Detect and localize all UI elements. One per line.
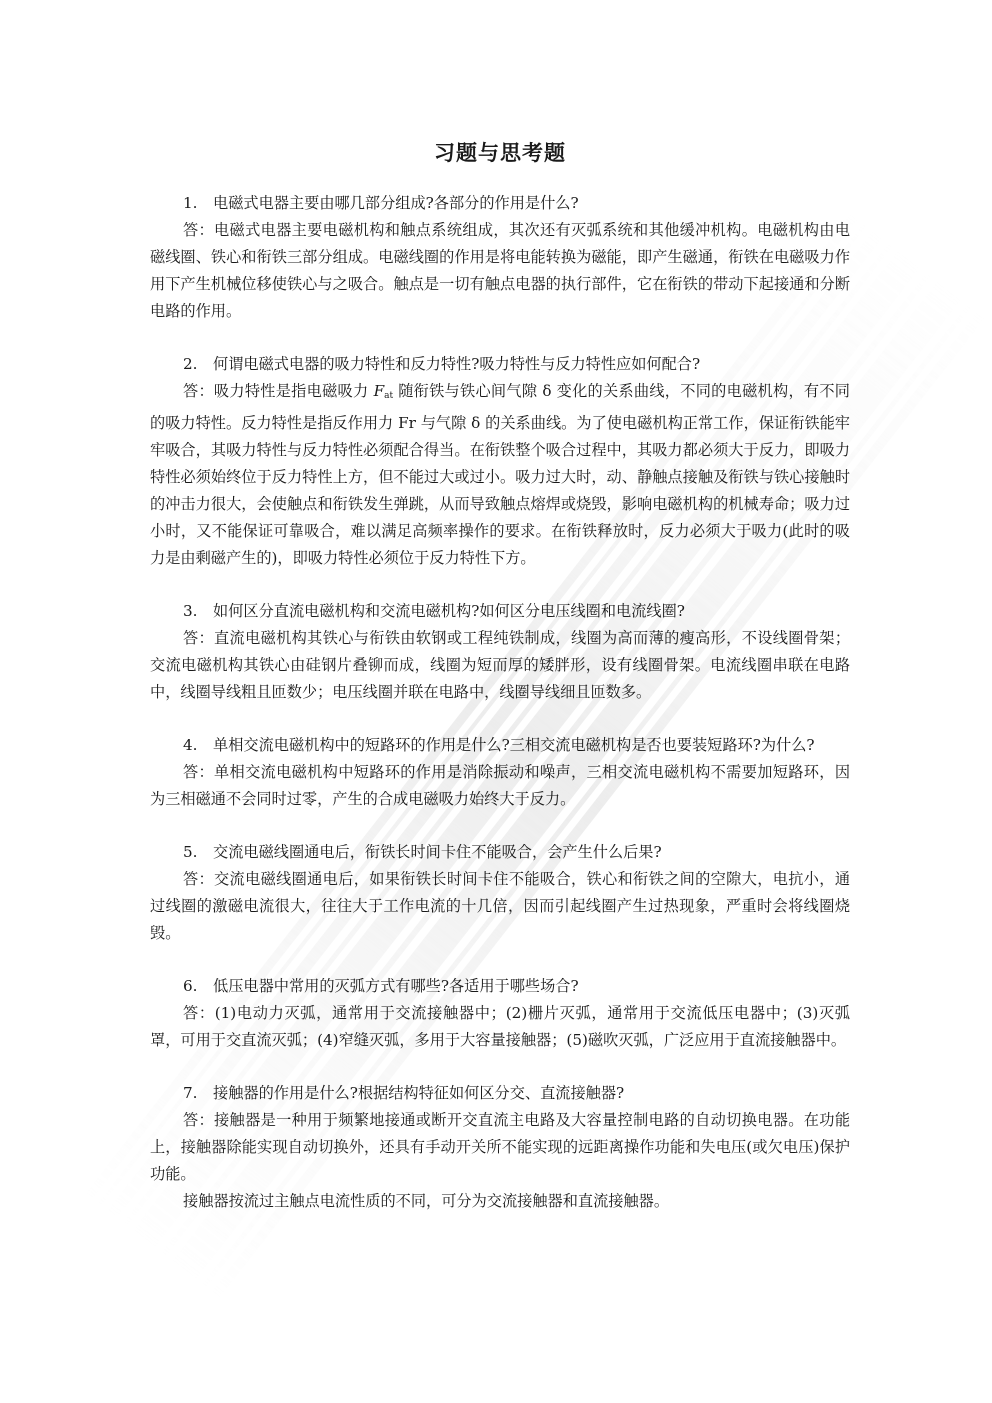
question-block-3: 3.如何区分直流电磁机构和交流电磁机构?如何区分电压线圈和电流线圈? 答：直流电… [150,598,850,706]
question-block-7: 7.接触器的作用是什么?根据结构特征如何区分交、直流接触器? 答：接触器是一种用… [150,1080,850,1215]
question-block-4: 4.单相交流电磁机构中的短路环的作用是什么?三相交流电磁机构是否也要装短路环?为… [150,732,850,813]
question-text: 6.低压电器中常用的灭弧方式有哪些?各适用于哪些场合? [150,973,850,1000]
question-text: 2.何谓电磁式电器的吸力特性和反力特性?吸力特性与反力特性应如何配合? [150,351,850,378]
answer-text: 答：电磁式电器主要电磁机构和触点系统组成，其次还有灭弧系统和其他缓冲机构。电磁机… [150,217,850,325]
answer-text-continued: 接触器按流过主触点电流性质的不同，可分为交流接触器和直流接触器。 [150,1188,850,1215]
answer-text: 答：交流电磁线圈通电后，如果衔铁长时间卡住不能吸合，铁心和衔铁之间的空隙大，电抗… [150,866,850,947]
question-text: 7.接触器的作用是什么?根据结构特征如何区分交、直流接触器? [150,1080,850,1107]
question-block-5: 5.交流电磁线圈通电后，衔铁长时间卡住不能吸合，会产生什么后果? 答：交流电磁线… [150,839,850,947]
question-block-6: 6.低压电器中常用的灭弧方式有哪些?各适用于哪些场合? 答：(1)电动力灭弧，通… [150,973,850,1054]
question-text: 5.交流电磁线圈通电后，衔铁长时间卡住不能吸合，会产生什么后果? [150,839,850,866]
question-block-2: 2.何谓电磁式电器的吸力特性和反力特性?吸力特性与反力特性应如何配合? 答：吸力… [150,351,850,572]
question-text: 4.单相交流电磁机构中的短路环的作用是什么?三相交流电磁机构是否也要装短路环?为… [150,732,850,759]
answer-text: 答：吸力特性是指电磁吸力 Fat 随衔铁与铁心间气隙 δ 变化的关系曲线，不同的… [150,378,850,572]
question-block-1: 1.电磁式电器主要由哪几部分组成?各部分的作用是什么? 答：电磁式电器主要电磁机… [150,190,850,325]
question-text: 3.如何区分直流电磁机构和交流电磁机构?如何区分电压线圈和电流线圈? [150,598,850,625]
force-symbol: Fat [374,382,394,400]
question-text: 1.电磁式电器主要由哪几部分组成?各部分的作用是什么? [150,190,850,217]
document-page: 习题与思考题 1.电磁式电器主要由哪几部分组成?各部分的作用是什么? 答：电磁式… [150,138,850,1241]
page-title: 习题与思考题 [150,138,850,168]
answer-text: 答：单相交流电磁机构中短路环的作用是消除振动和噪声，三相交流电磁机构不需要加短路… [150,759,850,813]
answer-text: 答：直流电磁机构其铁心与衔铁由软钢或工程纯铁制成，线圈为高而薄的瘦高形，不设线圈… [150,625,850,706]
answer-text: 答：接触器是一种用于频繁地接通或断开交直流主电路及大容量控制电路的自动切换电器。… [150,1107,850,1188]
answer-text: 答：(1)电动力灭弧，通常用于交流接触器中；(2)栅片灭弧，通常用于交流低压电器… [150,1000,850,1054]
